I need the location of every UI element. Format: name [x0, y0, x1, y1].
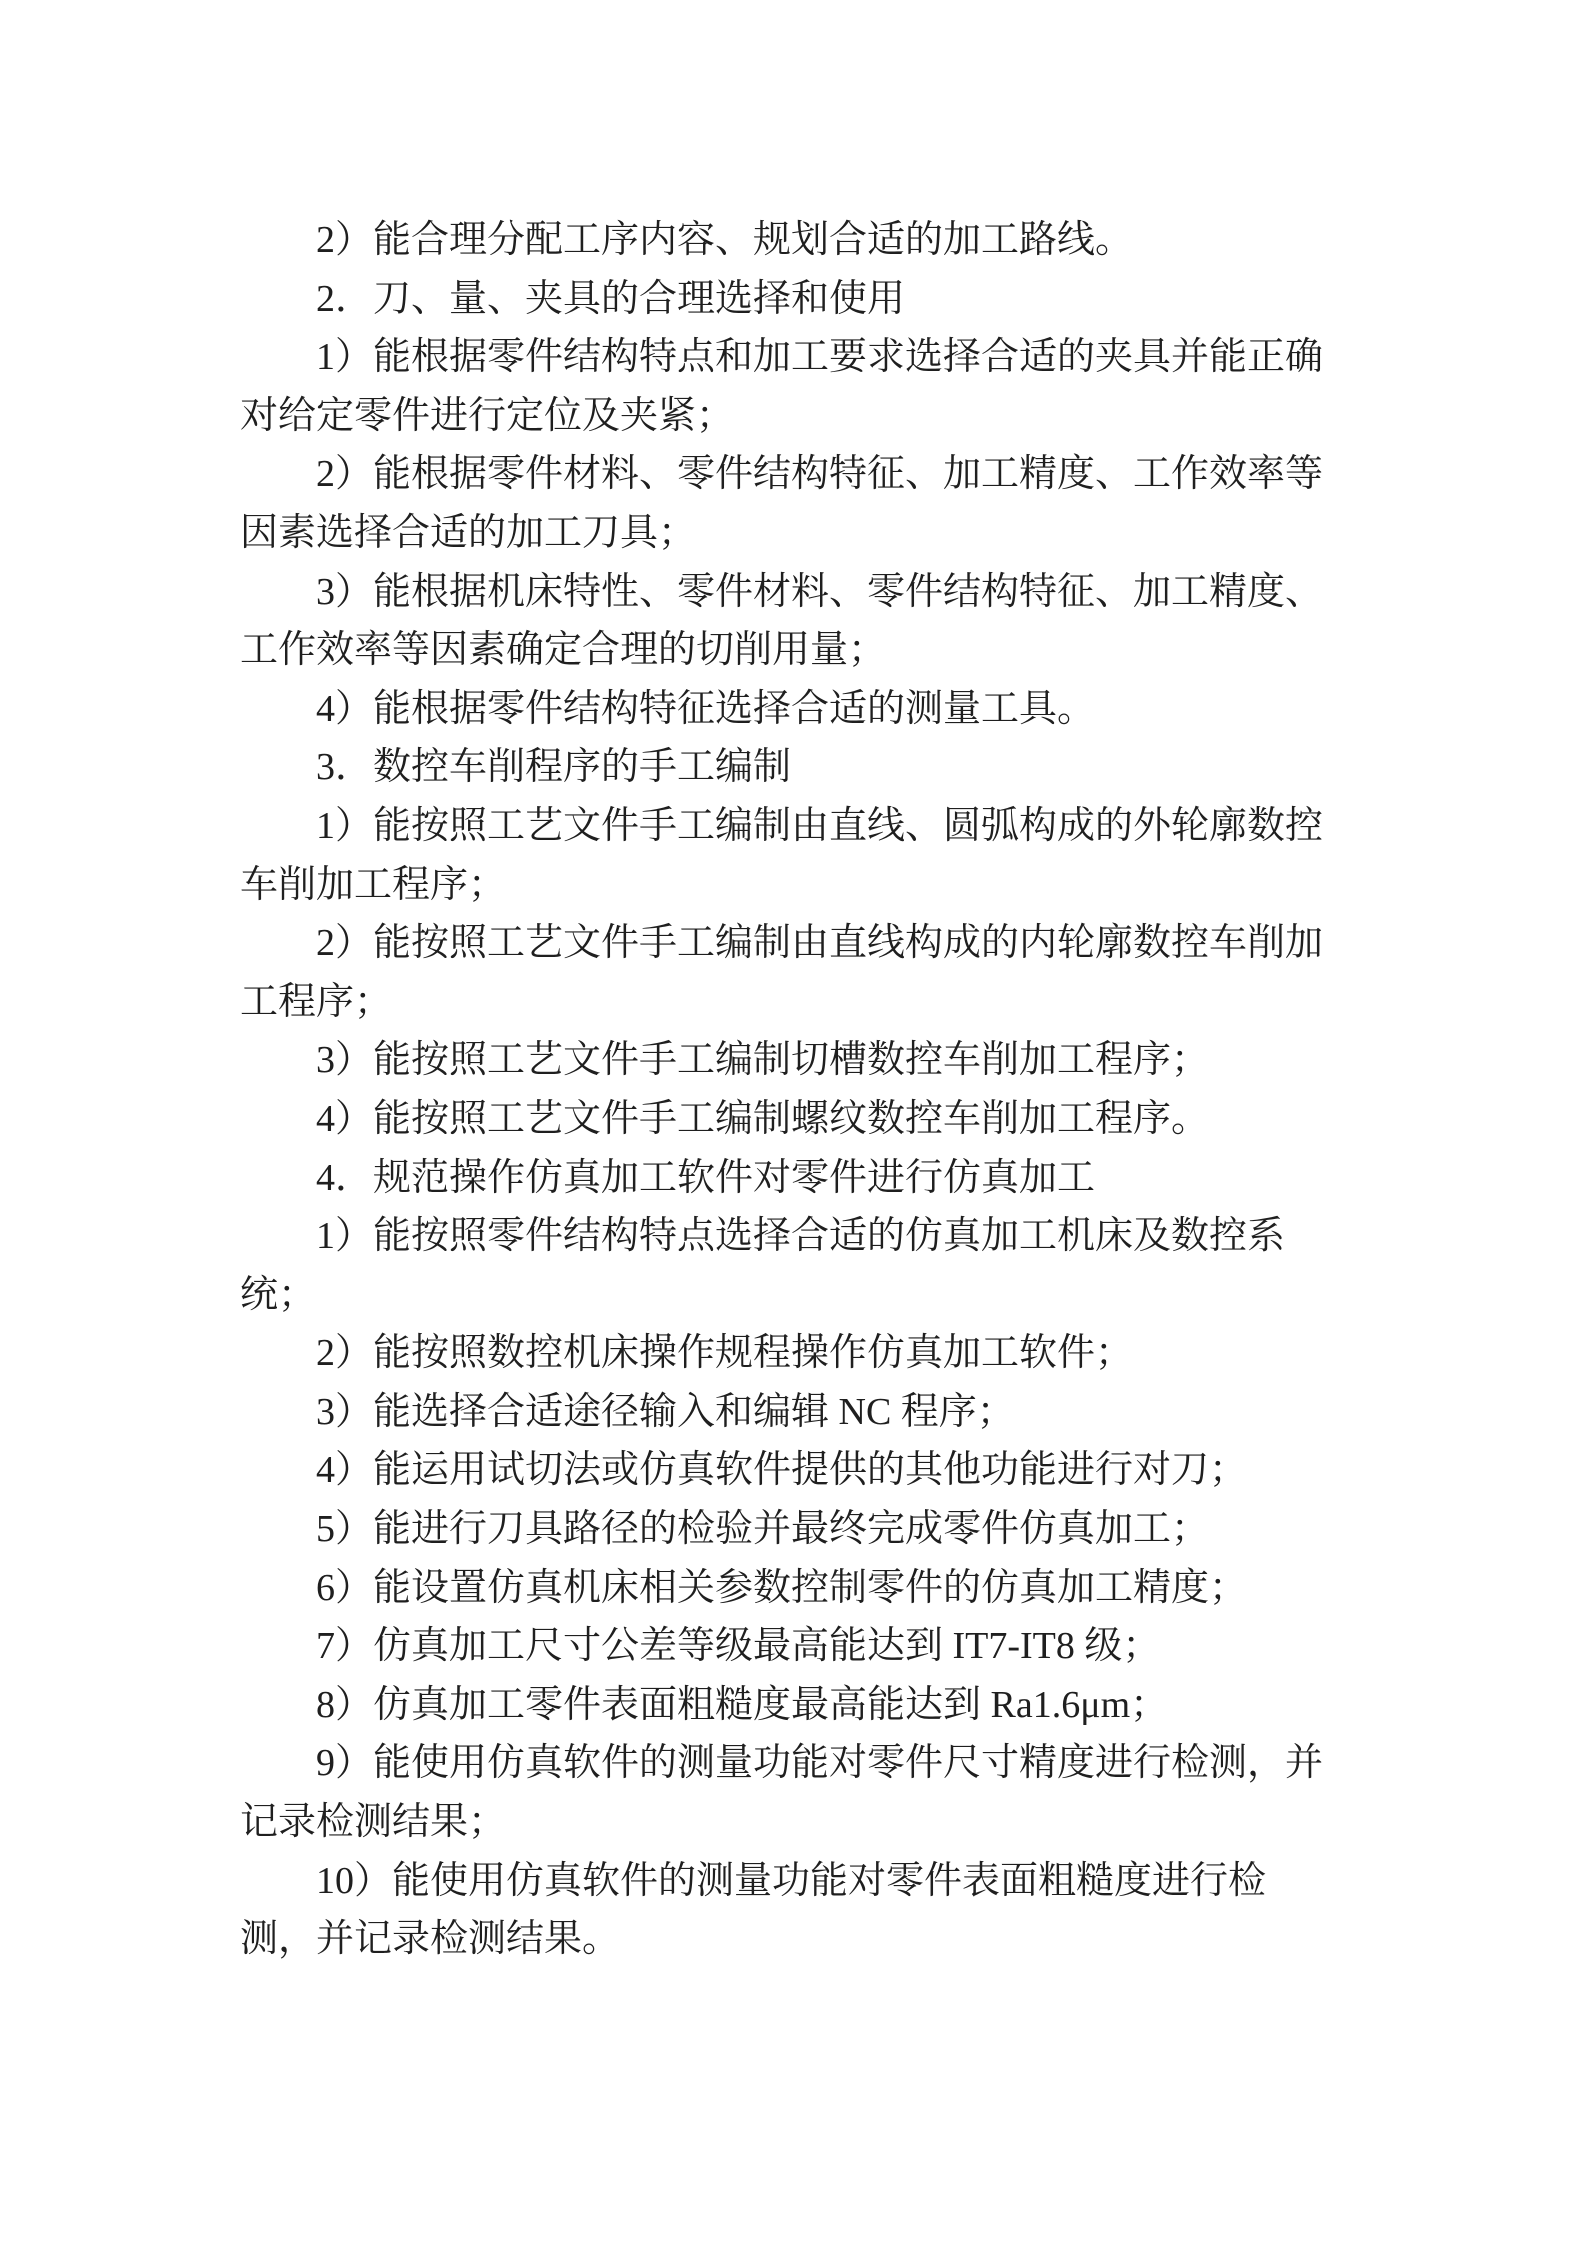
document-page: 2）能合理分配工序内容、规划合适的加工路线。2．刀、量、夹具的合理选择和使用1）…	[0, 0, 1586, 2244]
text-line-item: 1）能根据零件结构特点和加工要求选择合适的夹具并能正确	[240, 328, 1350, 387]
text-line-continuation: 统；	[240, 1266, 1350, 1325]
text-line-heading: 3．数控车削程序的手工编制	[240, 738, 1350, 797]
text-line-continuation: 对给定零件进行定位及夹紧；	[240, 387, 1350, 446]
text-line-item: 6）能设置仿真机床相关参数控制零件的仿真加工精度；	[240, 1559, 1350, 1618]
text-line-item: 2）能根据零件材料、零件结构特征、加工精度、工作效率等	[240, 445, 1350, 504]
text-line-item: 1）能按照工艺文件手工编制由直线、圆弧构成的外轮廓数控	[240, 797, 1350, 856]
text-line-continuation: 工作效率等因素确定合理的切削用量；	[240, 621, 1350, 680]
text-line-item: 3）能按照工艺文件手工编制切槽数控车削加工程序；	[240, 1031, 1350, 1090]
text-line-item: 8）仿真加工零件表面粗糙度最高能达到 Ra1.6μm；	[240, 1676, 1350, 1735]
text-line-continuation: 因素选择合适的加工刀具；	[240, 504, 1350, 563]
document-text-block: 2）能合理分配工序内容、规划合适的加工路线。2．刀、量、夹具的合理选择和使用1）…	[240, 211, 1350, 1969]
text-line-item: 5）能进行刀具路径的检验并最终完成零件仿真加工；	[240, 1500, 1350, 1559]
text-line-item: 2）能按照数控机床操作规程操作仿真加工软件；	[240, 1324, 1350, 1383]
text-line-item: 4）能运用试切法或仿真软件提供的其他功能进行对刀；	[240, 1441, 1350, 1500]
text-line-continuation: 记录检测结果；	[240, 1793, 1350, 1852]
text-line-continuation: 测，并记录检测结果。	[240, 1910, 1350, 1969]
text-line-item: 4）能根据零件结构特征选择合适的测量工具。	[240, 680, 1350, 739]
text-line-item: 2）能合理分配工序内容、规划合适的加工路线。	[240, 211, 1350, 270]
text-line-item: 2）能按照工艺文件手工编制由直线构成的内轮廓数控车削加	[240, 914, 1350, 973]
text-line-item: 1）能按照零件结构特点选择合适的仿真加工机床及数控系	[240, 1207, 1350, 1266]
text-line-item: 4）能按照工艺文件手工编制螺纹数控车削加工程序。	[240, 1090, 1350, 1149]
text-line-item: 3）能根据机床特性、零件材料、零件结构特征、加工精度、	[240, 563, 1350, 622]
text-line-item: 9）能使用仿真软件的测量功能对零件尺寸精度进行检测，并	[240, 1734, 1350, 1793]
text-line-continuation: 车削加工程序；	[240, 856, 1350, 915]
text-line-heading: 2．刀、量、夹具的合理选择和使用	[240, 270, 1350, 329]
text-line-item: 7）仿真加工尺寸公差等级最高能达到 IT7-IT8 级；	[240, 1617, 1350, 1676]
text-line-item: 3）能选择合适途径输入和编辑 NC 程序；	[240, 1383, 1350, 1442]
text-line-item: 10）能使用仿真软件的测量功能对零件表面粗糙度进行检	[240, 1852, 1350, 1911]
text-line-heading: 4．规范操作仿真加工软件对零件进行仿真加工	[240, 1149, 1350, 1208]
text-line-continuation: 工程序；	[240, 973, 1350, 1032]
